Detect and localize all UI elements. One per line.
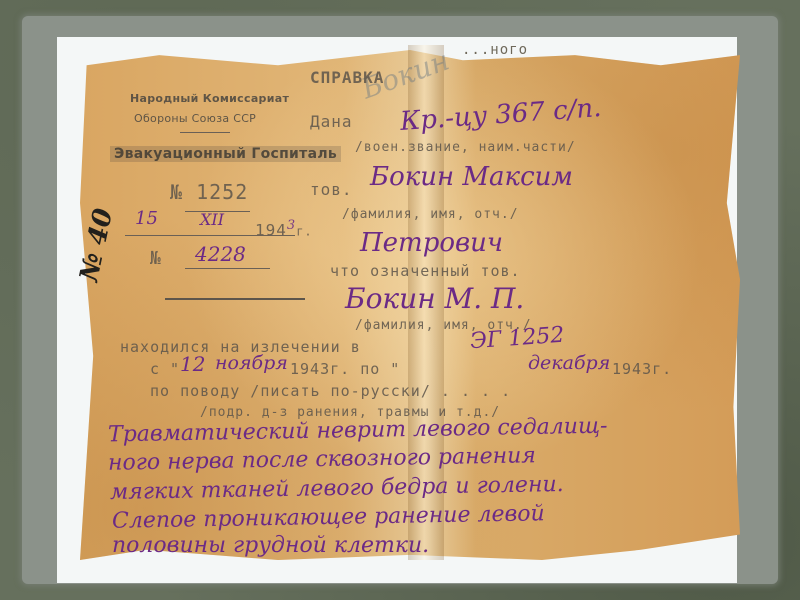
document-title: СПРАВКА [310, 68, 384, 87]
issue-date-year: 1943г. [255, 218, 313, 239]
full-name-line-2: Петрович [360, 228, 503, 258]
diagnosis-line-5: половины грудной клетки. [112, 533, 429, 558]
rank-unit-hint: /воен.звание, наим.части/ [355, 140, 576, 155]
stamp-divider [180, 132, 230, 133]
from-month: ноября [215, 352, 288, 374]
full-name-line-1: Бокин Максим [370, 162, 573, 192]
short-name: Бокин М. П. [345, 282, 524, 315]
hospital-number: № 1252 [170, 180, 248, 204]
reg-underline [185, 268, 270, 269]
confirm-text: что означенный тов. [330, 262, 521, 280]
to-year: 1943г. [612, 360, 672, 378]
from-day: 12 [180, 352, 205, 376]
reg-number-label: № [150, 248, 162, 269]
to-month: декабря [528, 352, 610, 374]
top-fragment-text: ...ного [462, 42, 528, 58]
from-year: 1943г. по " [290, 360, 400, 378]
issue-date-day: 15 [135, 208, 158, 229]
stamp-line-1: Народный Комиссариат [130, 92, 289, 105]
number-sign: № [170, 180, 183, 204]
issue-date-month: XII [200, 210, 224, 229]
reg-number-value: 4228 [195, 242, 246, 266]
reason-label: по поводу /писать по-русски/ . . . . [150, 382, 511, 400]
given-label: Дана [310, 112, 353, 131]
from-prefix: с " [150, 360, 180, 378]
stamp-bottom-line [165, 298, 305, 300]
date-underline [125, 235, 295, 236]
stamp-line-3: Эвакуационный Госпиталь [110, 146, 341, 162]
full-name-hint: /фамилия, имя, отч./ [342, 207, 519, 222]
comrade-label: тов. [310, 180, 353, 199]
stamp-line-2: Обороны Союза ССР [134, 112, 256, 125]
hospital-number-value: 1252 [196, 180, 248, 204]
